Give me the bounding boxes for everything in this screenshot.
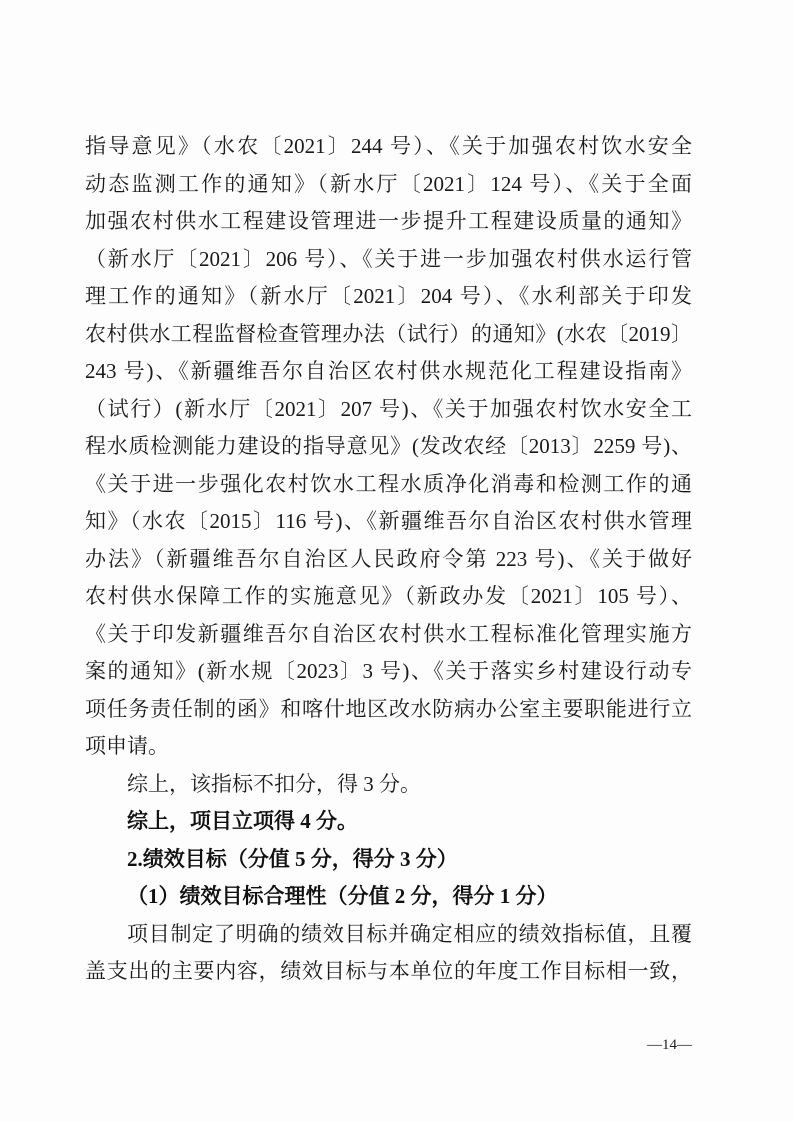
text-line: 案的通知》(新水规〔2023〕3 号)、《关于落实乡村建设行动专 (85, 653, 692, 691)
text-line: 项申请。 (85, 728, 692, 766)
text-line: 理工作的通知》（新水厅〔2021〕204 号）、《水利部关于印发 (85, 278, 692, 316)
legal-basis-paragraph: 指导意见》（水农〔2021〕244 号）、《关于加强农村饮水安全动态监测工作的通… (85, 128, 692, 766)
text-line: 盖支出的主要内容，绩效目标与本单位的年度工作目标相一致， (85, 953, 692, 991)
page-footer: —14— (647, 1036, 692, 1054)
text-line: 《关于印发新疆维吾尔自治区农村供水工程标准化管理实施方 (85, 616, 692, 654)
text-line: 知》（水农〔2015〕116 号)、《新疆维吾尔自治区农村供水管理 (85, 503, 692, 541)
text-line: 指导意见》（水农〔2021〕244 号）、《关于加强农村饮水安全 (85, 128, 692, 166)
text-line: （试行）(新水厅〔2021〕207 号)、《关于加强农村饮水安全工 (85, 391, 692, 429)
text-line: 《关于进一步强化农村饮水工程水质净化消毒和检测工作的通 (85, 466, 692, 504)
text-line: 项目制定了明确的绩效目标并确定相应的绩效指标值，且覆 (85, 916, 692, 954)
text-line: 项任务责任制的函》和喀什地区改水防病办公室主要职能进行立 (85, 691, 692, 729)
document-page: 指导意见》（水农〔2021〕244 号）、《关于加强农村饮水安全动态监测工作的通… (0, 0, 793, 1122)
indicator-score-conclusion: 综上，该指标不扣分，得 3 分。 (85, 766, 692, 804)
text-line: 程水质检测能力建设的指导意见》(发改农经〔2013〕2259 号)、 (85, 428, 692, 466)
text-line: 加强农村供水工程建设管理进一步提升工程建设质量的通知》 (85, 203, 692, 241)
text-line: 243 号)、《新疆维吾尔自治区农村供水规范化工程建设指南》 (85, 353, 692, 391)
page-number: —14— (647, 1037, 692, 1053)
text-line: 农村供水保障工作的实施意见》（新政办发〔2021〕105 号）、 (85, 578, 692, 616)
section-heading-performance-target: 2.绩效目标（分值 5 分，得分 3 分） (85, 841, 692, 879)
text-line: 农村供水工程监督检查管理办法（试行）的通知》(水农〔2019〕 (85, 316, 692, 354)
subsection-heading-target-rationality: （1）绩效目标合理性（分值 2 分，得分 1 分） (85, 878, 692, 916)
document-body: 指导意见》（水农〔2021〕244 号）、《关于加强农村饮水安全动态监测工作的通… (85, 128, 692, 991)
project-approval-score-conclusion: 综上，项目立项得 4 分。 (85, 803, 692, 841)
text-line: （新水厅〔2021〕206 号）、《关于进一步加强农村供水运行管 (85, 241, 692, 279)
text-line: 动态监测工作的通知》（新水厅〔2021〕124 号）、《关于全面 (85, 166, 692, 204)
text-line: 办法》（新疆维吾尔自治区人民政府令第 223 号)、《关于做好 (85, 541, 692, 579)
rationality-paragraph: 项目制定了明确的绩效目标并确定相应的绩效指标值，且覆盖支出的主要内容，绩效目标与… (85, 916, 692, 991)
